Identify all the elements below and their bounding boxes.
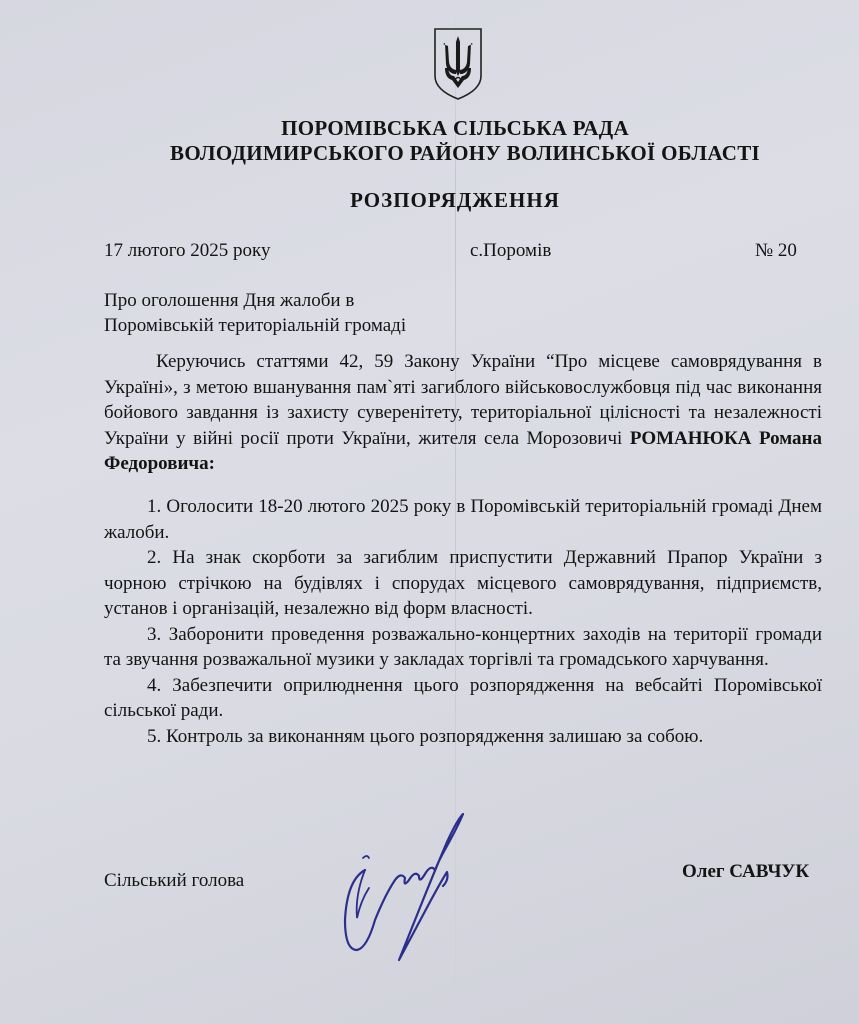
signatory-role: Сільський голова (104, 870, 244, 892)
signatory-name: Олег САВЧУК (682, 861, 809, 883)
order-item: 2. На знак скорботи за загиблим приспуст… (104, 545, 822, 622)
order-item: 3. Заборонити проведення розважально-кон… (104, 622, 822, 673)
order-item: 1. Оголосити 18-20 лютого 2025 року в По… (104, 494, 822, 545)
order-items: 1. Оголосити 18-20 лютого 2025 року в По… (104, 494, 822, 749)
preamble-colon: : (209, 453, 215, 474)
council-district: ВОЛОДИМИРСЬКОГО РАЙОНУ ВОЛИНСЬКОЇ ОБЛАСТ… (55, 141, 859, 166)
order-item: 5. Контроль за виконанням цього розпоряд… (104, 724, 822, 750)
subject-line-1: Про оголошення Дня жалоби в (104, 288, 406, 313)
document-page: ПОРОМІВСЬКА СІЛЬСЬКА РАДА ВОЛОДИМИРСЬКОГ… (0, 0, 859, 1024)
handwritten-signature-icon (335, 800, 505, 970)
trident-emblem-icon (432, 26, 484, 102)
document-subject: Про оголошення Дня жалоби в Поромівській… (104, 288, 406, 338)
council-name: ПОРОМІВСЬКА СІЛЬСЬКА РАДА (55, 116, 855, 141)
document-place: с.Поромів (470, 240, 551, 262)
subject-line-2: Поромівській територіальній громаді (104, 313, 406, 338)
preamble: Керуючись статтями 42, 59 Закону України… (104, 349, 822, 477)
document-date: 17 лютого 2025 року (104, 240, 271, 262)
document-type: РОЗПОРЯДЖЕННЯ (55, 188, 855, 213)
order-item: 4. Забезпечити оприлюднення цього розпор… (104, 673, 822, 724)
document-number: № 20 (755, 240, 797, 262)
